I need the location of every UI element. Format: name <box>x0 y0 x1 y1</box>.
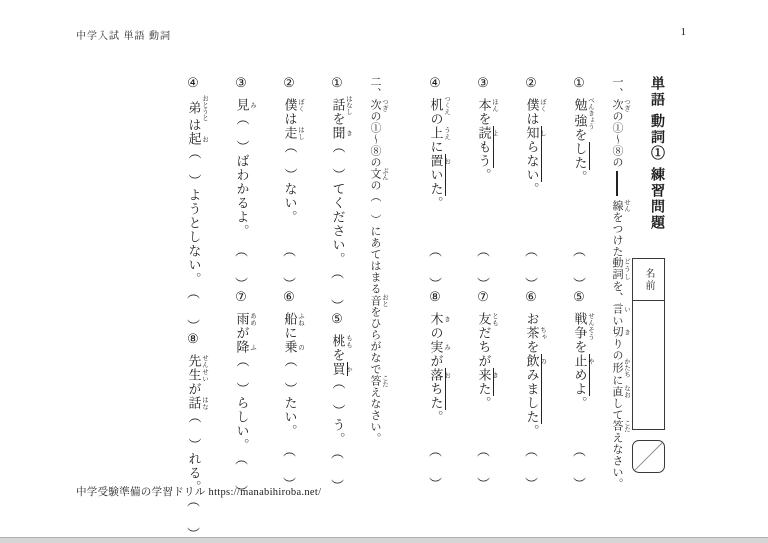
paren-open: （ <box>402 444 444 457</box>
s1-q7-text: ⑦友ともだちが来きた。 <box>450 290 498 410</box>
name-field: 名前 <box>632 258 665 430</box>
section2-column-1: ①話はなしを聞き（ ）てください。（）⑤桃ももを買か（ ）う。（） <box>304 76 352 490</box>
s1-q6-answer-space: （） <box>498 444 540 490</box>
s2-q1-text: ①話はなしを聞き（ ）てください。 <box>304 76 352 266</box>
s2-q8-answer-space: （） <box>160 494 202 540</box>
s1-q4: ④机つくえの上うえに置おいた。（） <box>402 76 450 290</box>
s2-q8-text: ⑧先生せんせいが話はな（ ）れる。 <box>160 332 208 494</box>
paren-open: （ <box>498 244 540 257</box>
paren-open: （ <box>208 244 250 257</box>
s2-q3-number: ③ <box>235 76 250 92</box>
s2-q7-text: ⑦雨あめが降ふ（ ）らしい。 <box>208 290 256 452</box>
s2-q3-text: ③見み（ ）ばわかるよ。 <box>208 76 256 238</box>
s1-q7-number: ⑦ <box>477 290 492 306</box>
section2-instruction: 二、次つぎの①〜⑧の文ぶんの（ ）にあてはまる音おとをひらがなで答こたえなさい。 <box>352 76 388 490</box>
paren-open: （ <box>256 444 298 457</box>
s1-q4-text: ④机つくえの上うえに置おいた。 <box>402 76 450 210</box>
s1-q5: ⑤戦争せんそうを止やめよ。（） <box>546 290 594 490</box>
section1-column-4: ④机つくえの上うえに置おいた。（）⑧木きの実みが落おちた。（） <box>402 76 450 490</box>
s2-q6-text: ⑥船ふねに乗の（ ）たい。 <box>256 290 304 438</box>
s2-q6: ⑥船ふねに乗の（ ）たい。（） <box>256 290 304 490</box>
paren-open: （ <box>402 244 444 257</box>
s1-q3-text: ③本ほんを読よもう。 <box>450 76 498 182</box>
s1-q2: ②僕ぼくは知しらない。（） <box>498 76 546 290</box>
name-label: 名前 <box>633 259 664 301</box>
page-number: 1 <box>681 26 687 38</box>
s1-q1-text: ①勉強べんきょうをした。 <box>546 76 594 184</box>
s2-q1: ①話はなしを聞き（ ）てください。（） <box>304 76 352 312</box>
worksheet-page: { "page": { "header_left": "中学入試 単語 動詞",… <box>0 0 768 543</box>
s1-q1-answer-space: （） <box>546 244 588 290</box>
s1-q8-answer-space: （） <box>402 444 444 490</box>
s2-q3-answer-space: （） <box>208 244 250 290</box>
paren-open: （ <box>498 444 540 457</box>
section1-column-3: ③本ほんを読よもう。（）⑦友ともだちが来きた。（） <box>450 76 498 490</box>
paren-open: （ <box>304 446 346 459</box>
paren-close: ） <box>450 477 492 490</box>
s1-q3: ③本ほんを読よもう。（） <box>450 76 498 290</box>
s1-q1-number: ① <box>573 76 588 92</box>
s2-q4: ④弟おとうとは起お（ ）ようとしない。（） <box>160 76 208 332</box>
s2-q2-answer-space: （） <box>256 244 298 290</box>
document-header: 中学入試 単語 動詞 <box>76 27 171 42</box>
s2-q2-text: ②僕ぼくは走はし（ ）ない。 <box>256 76 304 224</box>
footer-credit: 中学受験準備の学習ドリル https://manabihiroba.net/ <box>76 484 321 499</box>
s2-q1-answer-space: （） <box>304 266 346 312</box>
section2-column-3: ③見み（ ）ばわかるよ。（）⑦雨あめが降ふ（ ）らしい。（） <box>208 76 256 490</box>
s1-q1: ①勉強べんきょうをした。（） <box>546 76 594 290</box>
section2-column-2: ②僕ぼくは走はし（ ）ない。（）⑥船ふねに乗の（ ）たい。（） <box>256 76 304 490</box>
section1-instruction: 一、次つぎの①〜⑧の線せんをつけた動詞どうしを、言いい切きりの形かたちに直なおし… <box>594 76 630 490</box>
s1-q7: ⑦友ともだちが来きた。（） <box>450 290 498 490</box>
s2-q7-number: ⑦ <box>235 290 250 306</box>
s2-q4-number: ④ <box>187 76 202 92</box>
s2-q1-number: ① <box>331 76 346 92</box>
s2-q5-number: ⑤ <box>331 312 346 328</box>
s1-q6-number: ⑥ <box>525 290 540 306</box>
section2-column-4: ④弟おとうとは起お（ ）ようとしない。（）⑧先生せんせいが話はな（ ）れる。（） <box>160 76 208 490</box>
paren-open: （ <box>546 444 588 457</box>
s2-q7: ⑦雨あめが降ふ（ ）らしい。（） <box>208 290 256 498</box>
s2-q2: ②僕ぼくは走はし（ ）ない。（） <box>256 76 304 290</box>
paren-open: （ <box>160 286 202 299</box>
paren-open: （ <box>450 244 492 257</box>
s2-q8-number: ⑧ <box>187 332 202 348</box>
s2-q4-text: ④弟おとうとは起お（ ）ようとしない。 <box>160 76 208 286</box>
paren-open: （ <box>256 244 298 257</box>
s2-q5: ⑤桃ももを買か（ ）う。（） <box>304 312 352 492</box>
score-diagonal-icon <box>633 441 664 472</box>
paren-close: ） <box>498 277 540 290</box>
s1-q4-number: ④ <box>429 76 444 92</box>
s1-q2-number: ② <box>525 76 540 92</box>
s2-q3: ③見み（ ）ばわかるよ。（） <box>208 76 256 290</box>
paren-close: ） <box>160 319 202 332</box>
s1-q3-number: ③ <box>477 76 492 92</box>
s2-q8: ⑧先生せんせいが話はな（ ）れる。（） <box>160 332 208 540</box>
paren-close: ） <box>450 277 492 290</box>
page-bottom-edge <box>0 537 768 543</box>
worksheet-columns: 単語 動詞① 練習問題 一、次つぎの①〜⑧の線せんをつけた動詞どうしを、言いい切… <box>160 76 666 490</box>
section1-column-1: ①勉強べんきょうをした。（）⑤戦争せんそうを止やめよ。（） <box>546 76 594 490</box>
s1-q7-answer-space: （） <box>450 444 492 490</box>
s1-q2-answer-space: （） <box>498 244 540 290</box>
paren-close: ） <box>402 277 444 290</box>
paren-close: ） <box>256 277 298 290</box>
score-box <box>632 440 665 473</box>
name-input-area <box>633 301 664 429</box>
paren-open: （ <box>450 444 492 457</box>
paren-close: ） <box>208 277 250 290</box>
s1-q5-text: ⑤戦争せんそうを止やめよ。 <box>546 290 594 410</box>
s1-q4-answer-space: （） <box>402 244 444 290</box>
name-area: 名前 <box>632 258 665 473</box>
s1-q5-number: ⑤ <box>573 290 588 306</box>
underline-rule <box>616 171 617 196</box>
s2-q2-number: ② <box>283 76 298 92</box>
paren-close: ） <box>546 277 588 290</box>
paren-close: ） <box>304 299 346 312</box>
s1-q8: ⑧木きの実みが落おちた。（） <box>402 290 450 490</box>
paren-close: ） <box>546 477 588 490</box>
paren-close: ） <box>498 477 540 490</box>
s2-q4-answer-space: （） <box>160 286 202 332</box>
s2-q6-number: ⑥ <box>283 290 298 306</box>
s1-q8-text: ⑧木きの実みが落おちた。 <box>402 290 450 424</box>
s1-q5-answer-space: （） <box>546 444 588 490</box>
paren-close: ） <box>402 477 444 490</box>
s1-q2-text: ②僕ぼくは知しらない。 <box>498 76 546 196</box>
s1-q6: ⑥お茶ちゃを飲のみました。（） <box>498 290 546 490</box>
paren-open: （ <box>546 244 588 257</box>
s1-q3-answer-space: （） <box>450 244 492 290</box>
s1-q8-number: ⑧ <box>429 290 444 306</box>
paren-open: （ <box>304 266 346 279</box>
s2-q5-text: ⑤桃ももを買か（ ）う。 <box>304 312 352 446</box>
section1-column-2: ②僕ぼくは知しらない。（）⑥お茶ちゃを飲のみました。（） <box>498 76 546 490</box>
s1-q6-text: ⑥お茶ちゃを飲のみました。 <box>498 290 546 438</box>
paren-open: （ <box>208 452 250 465</box>
